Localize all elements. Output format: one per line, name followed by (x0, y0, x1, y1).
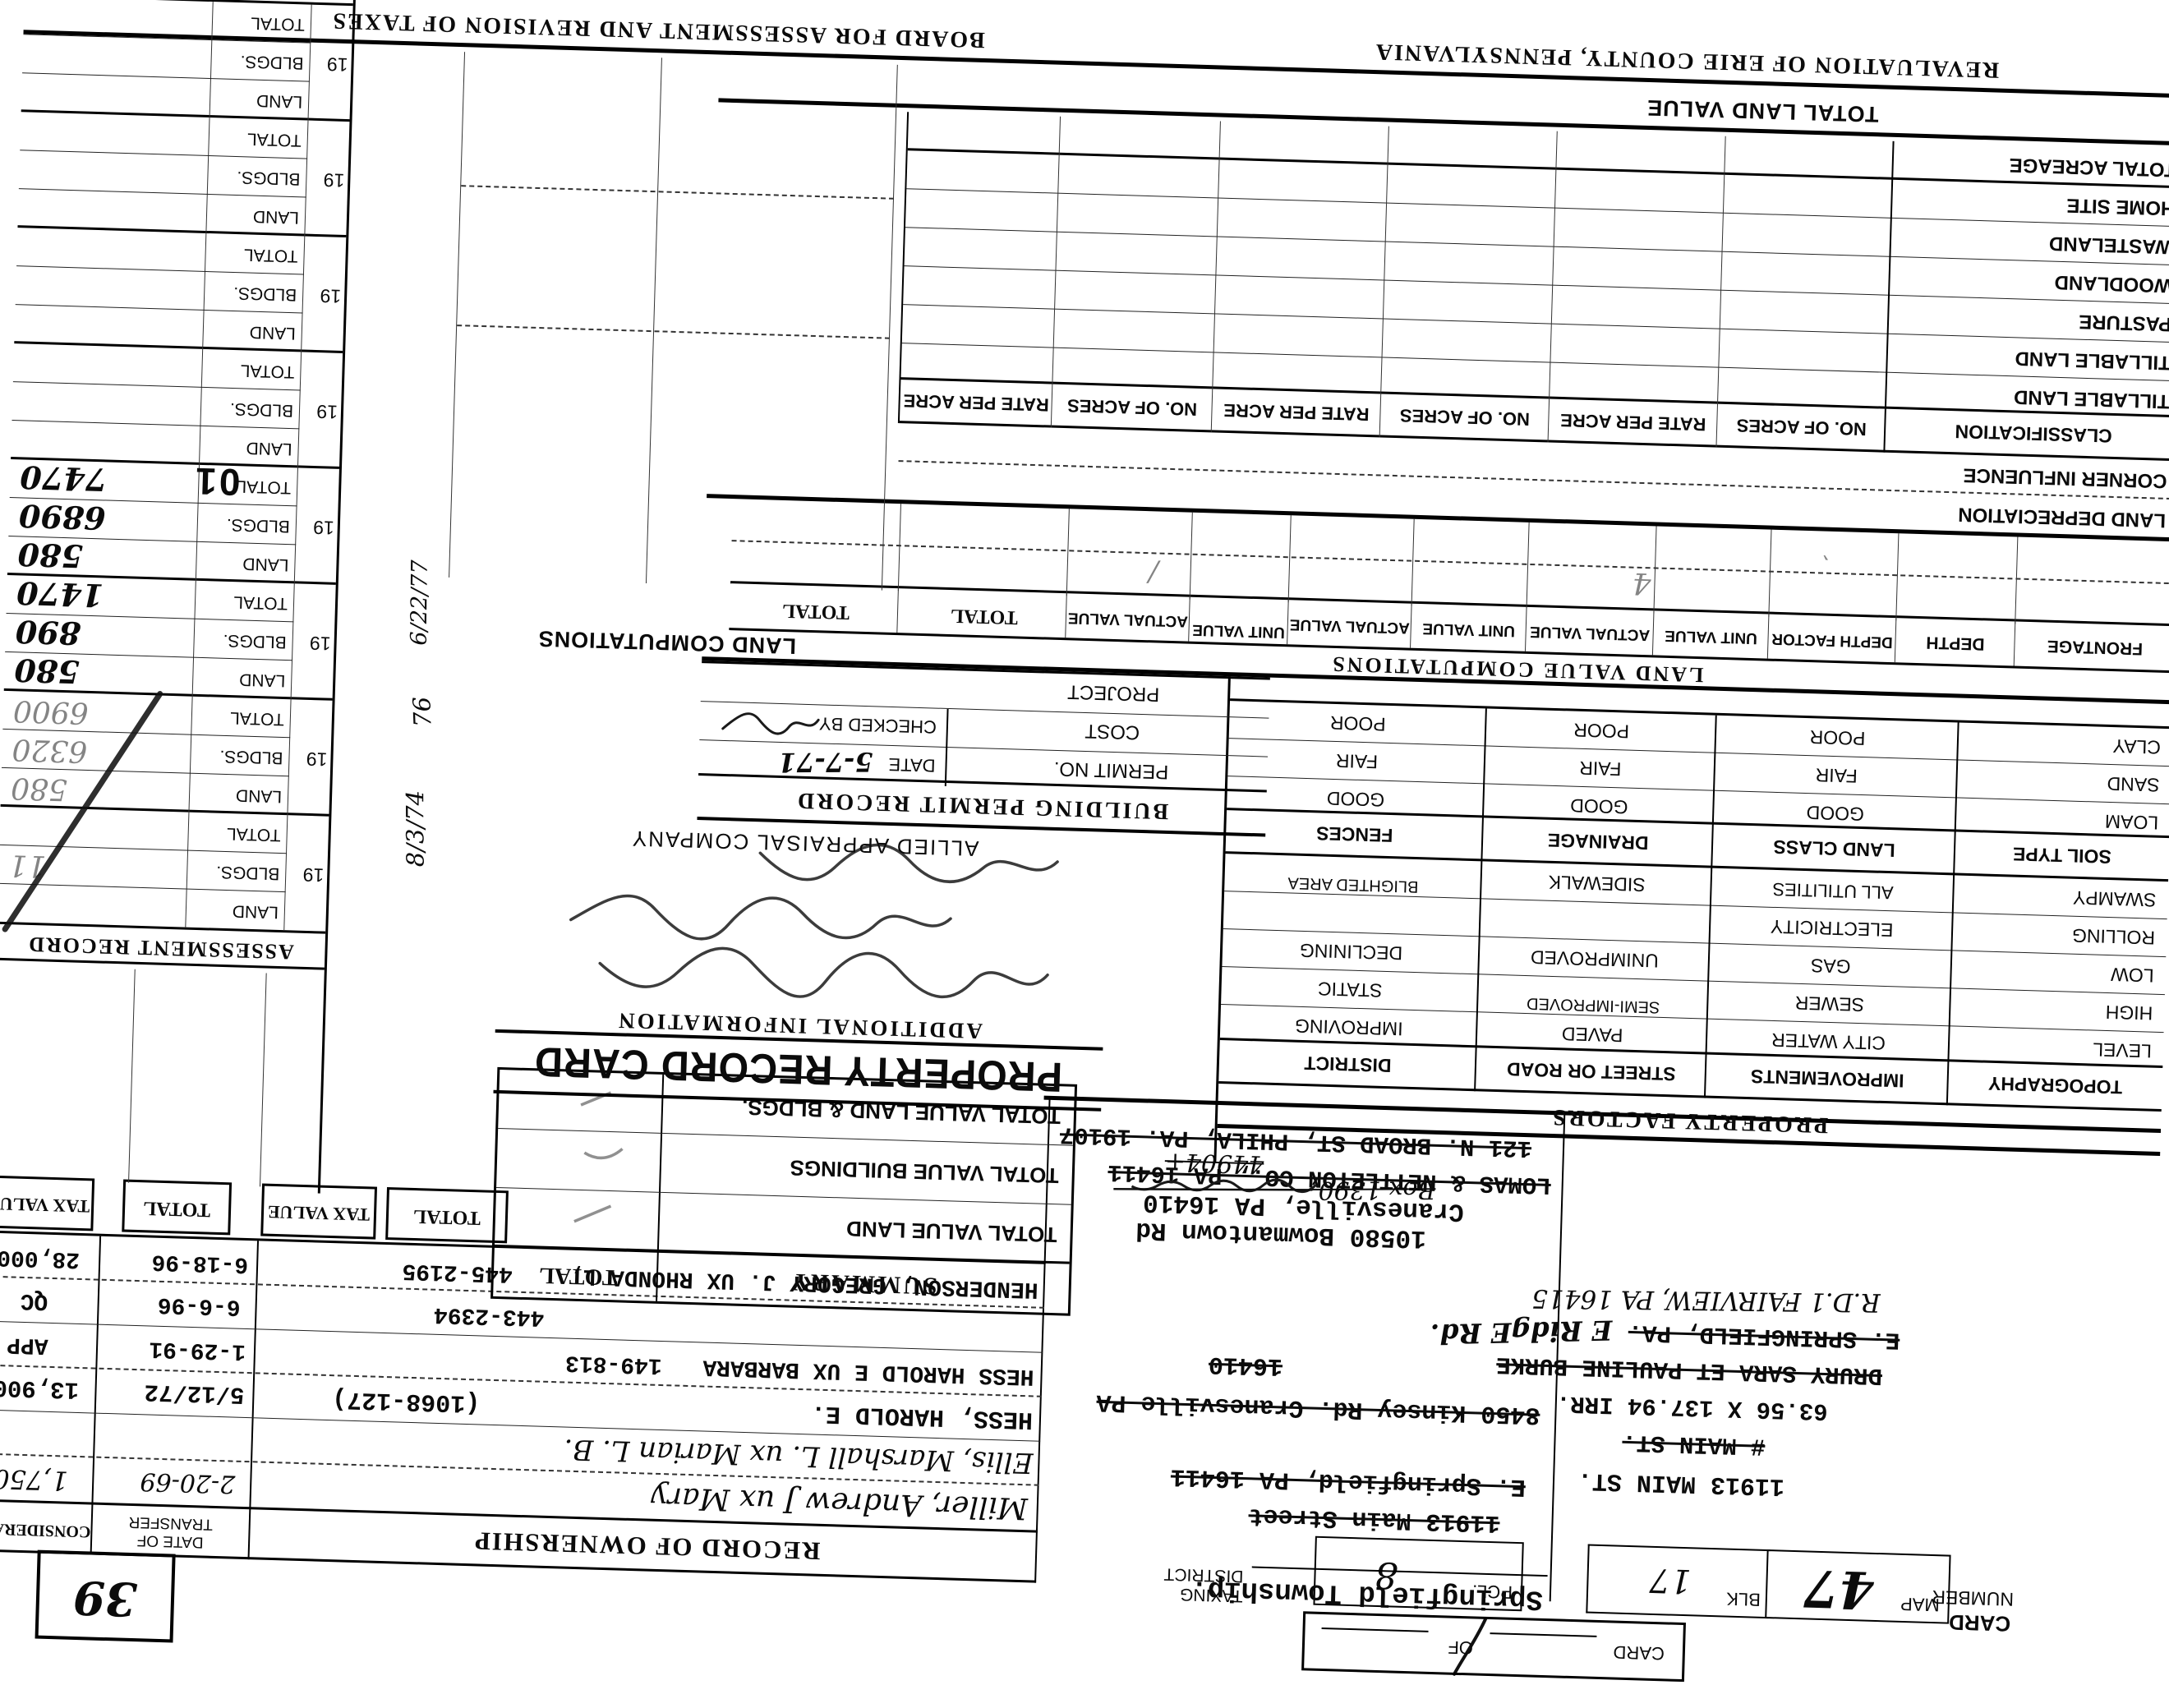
factor-cell: PAVED (1477, 1020, 1708, 1048)
map-cell: MAP 47 (1765, 1549, 1950, 1624)
assessment-row-label: LAND (256, 90, 303, 112)
assessment-row-label: LAND (253, 206, 300, 228)
factor-cell: CITY WATER (1707, 1027, 1950, 1057)
permit-checked-label: CHECKED BY (819, 712, 937, 737)
assessment-row-label: TOTAL (240, 360, 294, 381)
assessment-row-label: LAND (233, 900, 279, 922)
property-record-card-scan: CARD NUMBER MAP 47 BLK 17 PCL. 8 CARD OF… (0, 0, 2169, 1676)
blk-label: BLK (1726, 1588, 1761, 1610)
assessment-value: 6890 (18, 497, 191, 539)
factor-cell: SWAMPY (2073, 886, 2157, 911)
assessment-row-label: BLDGS. (219, 746, 283, 767)
grid-line (882, 65, 898, 591)
lvc-col-header: DEPTH FACTOR (1768, 629, 1896, 651)
consideration-header: CONSIDERATION (0, 1518, 91, 1540)
assessment-side-note: 76 (408, 696, 436, 727)
factors-col-header: TOPOGRAPHY (1948, 1070, 2162, 1099)
assessment-group: 19 LAND BLDGS. TOTAL (17, 109, 349, 237)
blk-cell: BLK 17 (1586, 1545, 1770, 1619)
year-label: 19 (327, 53, 348, 76)
assessment-row-label: TOTAL (244, 244, 298, 265)
total-header-box: TOTAL (385, 1187, 509, 1243)
record-of-ownership-banner: RECORD OF OWNERSHIP (256, 1519, 1038, 1572)
lvc-col-header: ACTUAL VALUE (1288, 615, 1412, 636)
dimensions-line: 63.56 X 137.94 IRR. (1556, 1389, 1828, 1425)
corner-influence-row: CORNER INFLUENCE (1963, 463, 2167, 492)
factor-cell: HIGH (2105, 1001, 2153, 1024)
assessment-row-label: BLDGS. (233, 283, 297, 304)
assessment-row-label: BLDGS. (226, 514, 290, 536)
lvc-col-header: ACTUAL VALUE (1066, 608, 1190, 629)
factor-cell: SIDEWALK (1481, 868, 1712, 897)
owner-consideration: APP (7, 1331, 102, 1359)
acreage-row-label: TILLABLE LAND (2015, 346, 2169, 374)
assessment-row-label: BLDGS. (237, 167, 301, 188)
site-address-line-struck: # MAIN ST. (1622, 1429, 1766, 1460)
prior-address-line-struck: E. SPRINGFIELD, PA. (1628, 1319, 1900, 1354)
factors-col-header: STREET OR ROAD (1476, 1057, 1707, 1085)
permit-row-label: COST (989, 716, 1236, 747)
land-depreciation-row: LAND DEPRECIATION (1958, 502, 2167, 531)
lvc-col-header: ACTUAL VALUE (1526, 622, 1654, 644)
factors-col-header: DISTRICT (1219, 1049, 1477, 1079)
assessment-row-label: LAND (239, 669, 286, 690)
assessment-group: 19 LAND BLDGS. TOTAL (11, 341, 343, 469)
card-of-card-label: CARD (1613, 1641, 1665, 1664)
assessment-row-label: TOTAL (227, 823, 281, 845)
owner-consideration: QC (20, 1287, 103, 1315)
lvc-pencil-mark: 4 (1632, 566, 1651, 601)
year-label: 19 (306, 748, 327, 771)
fairview-handwritten: R.D.1 FAIRVIEW, PA 16415 (1531, 1283, 1881, 1317)
card-number-label-1: CARD (1949, 1609, 2011, 1637)
assessment-row-label: TOTAL (230, 707, 284, 729)
lvc-col-header: DEPTH (1895, 631, 2015, 654)
site-address-line: 11913 MAIN ST. (1577, 1466, 1785, 1499)
summary-row-label: TOTAL VALUE LAND (846, 1216, 1057, 1248)
factor-cell: BLIGHTED AREA (1224, 872, 1482, 897)
factor-cell: POOR (1486, 716, 1717, 744)
grid-line (461, 185, 894, 200)
owner-consideration: 28,000 (0, 1244, 104, 1273)
permit-row-label: PROJECT (990, 678, 1237, 708)
class-col-header: RATE PER ACRE (1549, 409, 1718, 435)
factor-cell: ROLLING (2072, 924, 2156, 949)
card-of-of-label: OF (1448, 1637, 1473, 1659)
class-col-header: CLASSIFICATION (1886, 418, 2169, 449)
factor-cell: POOR (1716, 723, 1959, 753)
factor-cell: FAIR (1715, 761, 1958, 790)
address-line-struck: 16410 (1209, 1350, 1283, 1380)
factor-cell: ELECTRICITY (1711, 914, 1954, 943)
address-handwritten-struck: Box 1390, (1310, 1175, 1436, 1204)
factors-col-header: IMPROVEMENTS (1706, 1064, 1949, 1093)
assessment-group: 19 LAND BLDGS. TOTAL 580 890 1470 (4, 573, 336, 701)
factor-cell: ALL UTILITIES (1711, 877, 1955, 905)
prior-owner-line-struck: DRURY SARA ET PAULINE BURKE (1496, 1351, 1883, 1389)
assessment-row-label: LAND (242, 553, 289, 574)
owner-date: 2-20-69 (140, 1466, 236, 1498)
assessment-group: 19 LAND BLDGS. TOTAL (14, 225, 346, 353)
factor-cell: LOW (2111, 963, 2154, 987)
class-col-header: NO. OF ACRES (1052, 394, 1213, 421)
factor-cell: FAIR (1485, 753, 1715, 782)
factor-cell: IMPROVING (1220, 1012, 1478, 1042)
acreage-row-label: WOODLAND (2054, 270, 2169, 297)
factor-cell: SAND (2107, 772, 2160, 796)
lvc-col-header: FRONTAGE (2015, 634, 2169, 659)
year-label: 19 (302, 863, 324, 886)
factors-col-header: LAND CLASS (1713, 834, 1956, 863)
summary-row-label: TOTAL VALUE BUILDINGS (790, 1155, 1059, 1189)
factor-cell: CLAY (2112, 734, 2161, 758)
owner-row: HESS, HAROLD E. (811, 1398, 1034, 1433)
permit-row-label: PERMIT NO. (988, 754, 1235, 785)
owner-date: 6-18-96 (151, 1249, 248, 1277)
assessment-value: 580 (17, 536, 191, 578)
permit-checked-scribble (709, 707, 825, 739)
grid-line (128, 969, 136, 1183)
permit-date-value: 5-7-71 (778, 746, 873, 778)
owner-row: Miller, Andrew J ux Mary (651, 1480, 1029, 1526)
lvc-col-header: UNIT VALUE (1189, 621, 1288, 642)
lvc-col-header: UNIT VALUE (1653, 625, 1769, 647)
assessment-value: 7470 (20, 458, 193, 500)
summary-pencil-marks (503, 1073, 647, 1250)
lvc-bottom-heavy-line (707, 494, 2169, 541)
owner-date: 6-6-96 (157, 1291, 241, 1319)
class-col-header: RATE PER ACRE (1212, 398, 1381, 425)
acreage-row-label: TOTAL ACREAGE (2009, 153, 2169, 181)
assessment-row-label: LAND (236, 785, 283, 806)
owner-date: 1-29-91 (149, 1336, 246, 1364)
assessment-row-label: BLDGS. (240, 51, 304, 72)
factors-col-header: SOIL TYPE (1955, 840, 2169, 869)
assessment-side-note: 8/3/74 (401, 790, 429, 868)
assessment-value: 890 (15, 613, 188, 655)
date-of-transfer-header: DATE OF TRANSFER (94, 1512, 247, 1552)
year-label: 19 (323, 168, 344, 191)
factor-cell: GAS (1709, 951, 1952, 981)
assessment-strike-line (0, 681, 168, 941)
owner-row: HESS HAROLD E UX BARBARA (702, 1354, 1034, 1389)
owner-book: 443-2394 (434, 1301, 545, 1330)
factors-col-header: DRAINAGE (1483, 826, 1714, 855)
summary-header-row: SUMMARY TOTAL (493, 1245, 1070, 1314)
tax-value-header-box: TAX VALUE (0, 1175, 94, 1231)
acreage-row-label: WASTELAND (2049, 232, 2169, 258)
acreage-row-label: HOME SITE (2066, 193, 2169, 219)
assessment-row-label: TOTAL (251, 12, 305, 34)
assessment-row-label: BLDGS. (216, 862, 280, 883)
taxing-district-label: TAXING DISTRICT (1163, 1563, 1244, 1605)
book-number-value: 39 (72, 1570, 138, 1626)
property-record-card-title: PROPERTY RECORD CARD (494, 1037, 1103, 1103)
assessment-value: 1470 (16, 574, 190, 616)
map-label: MAP (1900, 1593, 1940, 1615)
class-col-header: RATE PER ACRE (900, 389, 1052, 415)
map-value: 47 (1803, 1558, 1875, 1620)
summary-title: SUMMARY (657, 1264, 1069, 1304)
year-label: 19 (313, 516, 334, 539)
acreage-row-label: PASTURE (2079, 310, 2169, 335)
owner-consideration: 1,750 (0, 1463, 92, 1498)
summary-total-header: TOTAL (498, 1260, 658, 1291)
owner-date: 5/12/72 (144, 1378, 245, 1408)
factor-cell: SEMI-IMPROVED (1478, 992, 1709, 1017)
assessment-row-label: TOTAL (237, 476, 291, 497)
assessment-row-label: LAND (249, 322, 296, 343)
card-of-blank-2 (1322, 1627, 1429, 1632)
assessment-row-label: BLDGS. (230, 398, 294, 420)
lvc-col-header: UNIT VALUE (1411, 619, 1527, 640)
permit-table: PERMIT NO. COST PROJECT DATE 5-7-71 CHEC… (698, 663, 1270, 795)
grid-line (457, 325, 890, 339)
assessment-row-label: TOTAL (233, 592, 288, 613)
owner-book: (1068-127) (332, 1384, 481, 1416)
lvc-total-header: TOTAL (902, 602, 1067, 629)
factor-cell: SEWER (1708, 989, 1951, 1019)
assessment-side-note: 6/22/77 (407, 559, 433, 645)
grid-line (646, 58, 662, 583)
factor-cell: STATIC (1221, 974, 1479, 1004)
owner-consideration: 13,900 (0, 1374, 100, 1404)
total-land-value-row: TOTAL LAND VALUE (1646, 94, 1879, 127)
address-line-struck: 11913 Main Street (1248, 1501, 1500, 1536)
factor-cell: LOAM (2105, 810, 2159, 834)
grid-line (449, 52, 465, 578)
factor-cell: LEVEL (2093, 1038, 2152, 1062)
lvc-pencil-mark: / (1149, 555, 1159, 588)
card-of-blank-1 (1490, 1632, 1596, 1637)
year-label: 19 (320, 284, 341, 307)
assessment-group: 19 LAND BLDGS. TOTAL (21, 0, 353, 122)
lvc-total-header: TOTAL (734, 597, 899, 624)
year-label: 19 (310, 632, 331, 655)
acreage-row-label: TILLABLE LAND (2014, 384, 2169, 412)
address-line-struck: E. Springfield, PA 16411 (1170, 1462, 1526, 1500)
lvc-pencil-mark: ` (1820, 533, 1833, 562)
grid-line (260, 974, 267, 1187)
blk-value: 17 (1649, 1561, 1692, 1600)
total-header-box: TOTAL (122, 1179, 232, 1235)
assessment-row-label: LAND (246, 438, 292, 459)
ridge-rd-handwritten: E RidgE Rd. (1430, 1314, 1613, 1351)
class-col-header: NO. OF ACRES (1380, 403, 1550, 430)
year-label: 19 (316, 400, 338, 423)
factor-cell: DECLINING (1223, 937, 1481, 966)
lvc-data-line (732, 540, 2169, 584)
owner-book: 149-813 (565, 1350, 662, 1378)
class-col-header: NO. OF ACRES (1717, 414, 1886, 440)
permit-date-label: DATE (888, 753, 936, 776)
assessment-row-label: BLDGS. (223, 630, 287, 651)
assessment-group: 19 LAND BLDGS. TOTAL 580 6890 7470 01 (7, 457, 339, 585)
acreage-rows: TILLABLE LAND TILLABLE LAND PASTURE WOOD… (900, 112, 2169, 420)
book-number-box: 39 (35, 1550, 176, 1643)
factor-cell: UNIMPROVED (1480, 944, 1711, 973)
address-line-struck: 8450 Kinsey Rd. Cranesville PA (1096, 1388, 1540, 1429)
assessment-row-label: TOTAL (247, 128, 302, 150)
card-of-box: CARD OF (1301, 1611, 1686, 1676)
